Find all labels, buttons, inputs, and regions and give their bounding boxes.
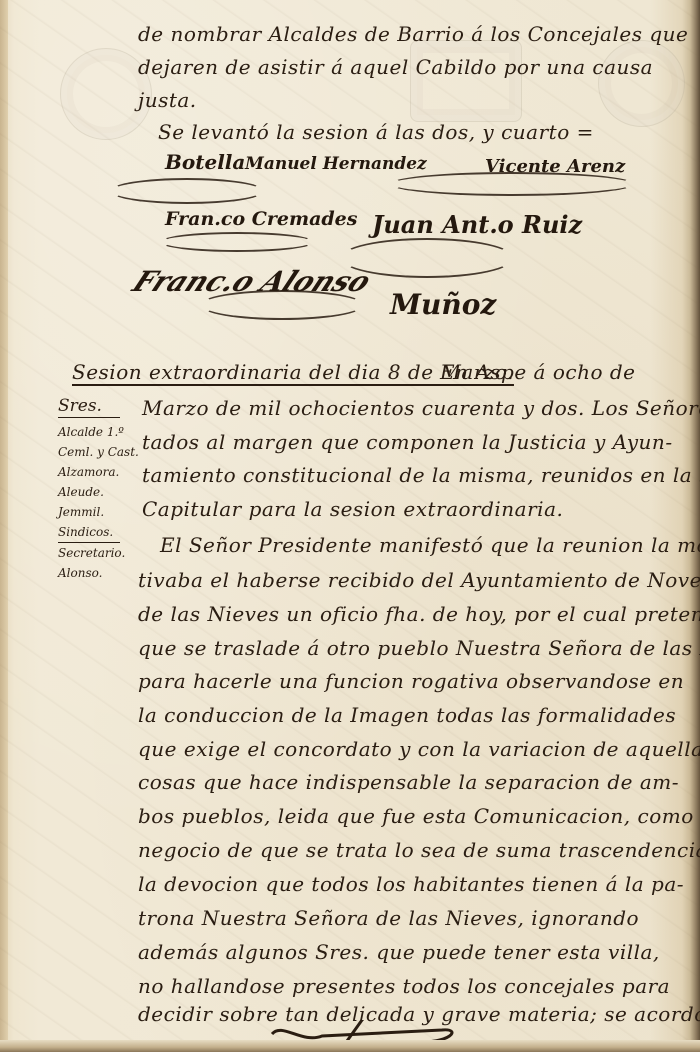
signature-flourish (160, 232, 314, 252)
signature-flourish (110, 178, 264, 204)
margin-item: Alzamora. (58, 462, 130, 482)
signature: Botella (165, 150, 245, 174)
margin-item: Sindicos. (58, 522, 120, 543)
text-line: bos pueblos, leida que fue esta Comunica… (138, 804, 700, 828)
margin-attendees: Sres. Alcalde 1.º Ceml. y Cast. Alzamora… (58, 395, 130, 583)
faint-watermark (410, 40, 522, 122)
signature: Fran.co Cremades (165, 208, 357, 230)
signature-flourish (390, 172, 634, 196)
text-line: Capitular para la sesion extraordinaria. (142, 497, 563, 521)
text-line: que se traslade á otro pueblo Nuestra Se… (138, 636, 700, 660)
text-line: de nombrar Alcaldes de Barrio á los Conc… (138, 22, 688, 46)
text-line: además algunos Sres. que puede tener est… (138, 940, 660, 964)
text-line: que exige el concordato y con la variaci… (138, 737, 700, 761)
page-left-edge (0, 0, 8, 1052)
margin-item: Secretario. (58, 543, 130, 563)
closing-line: Se levantó la sesion á las dos, y cuarto… (158, 120, 594, 144)
signature: Juan Ant.o Ruiz (372, 210, 582, 239)
signature-flourish (200, 290, 364, 320)
signature: Muñoz (390, 288, 496, 321)
text-line: para hacerle una funcion rogativa observ… (138, 669, 684, 693)
embossed-seal (598, 40, 685, 127)
text-line: de las Nieves un oficio fha. de hoy, por… (138, 602, 700, 626)
page-bottom-edge (0, 1040, 700, 1052)
signature: Manuel Hernandez (245, 154, 427, 174)
text-line: justa. (138, 88, 197, 112)
margin-item: Alcalde 1.º (58, 422, 130, 442)
text-line: Marzo de mil ochocientos cuarenta y dos.… (142, 396, 700, 420)
text-line: trona Nuestra Señora de las Nieves, igno… (138, 906, 639, 930)
margin-item: Ceml. y Cast. (58, 442, 130, 462)
manuscript-page: de nombrar Alcaldes de Barrio á los Conc… (0, 0, 700, 1052)
text-line: tivaba el haberse recibido del Ayuntamie… (138, 568, 700, 592)
text-line: cosas que hace indispensable la separaci… (138, 770, 679, 794)
margin-item: Jemmil. (58, 502, 130, 522)
text-line: En Aspe á ocho de (440, 360, 635, 384)
text-line: tamiento constitucional de la misma, reu… (142, 463, 700, 487)
text-line: negocio de que se trata lo sea de suma t… (138, 838, 700, 862)
text-line: la devocion que todos los habitantes tie… (138, 872, 684, 896)
text-line: tados al margen que componen la Justicia… (142, 430, 673, 454)
margin-title: Sres. (58, 395, 120, 418)
text-line: El Señor Presidente manifestó que la reu… (160, 533, 700, 557)
text-line: dejaren de asistir á aquel Cabildo por u… (138, 55, 653, 79)
text-line: la conduccion de la Imagen todas las for… (138, 703, 676, 727)
margin-item: Alonso. (58, 563, 130, 583)
margin-item: Aleude. (58, 482, 130, 502)
text-line: no hallandose presentes todos los concej… (138, 974, 670, 998)
